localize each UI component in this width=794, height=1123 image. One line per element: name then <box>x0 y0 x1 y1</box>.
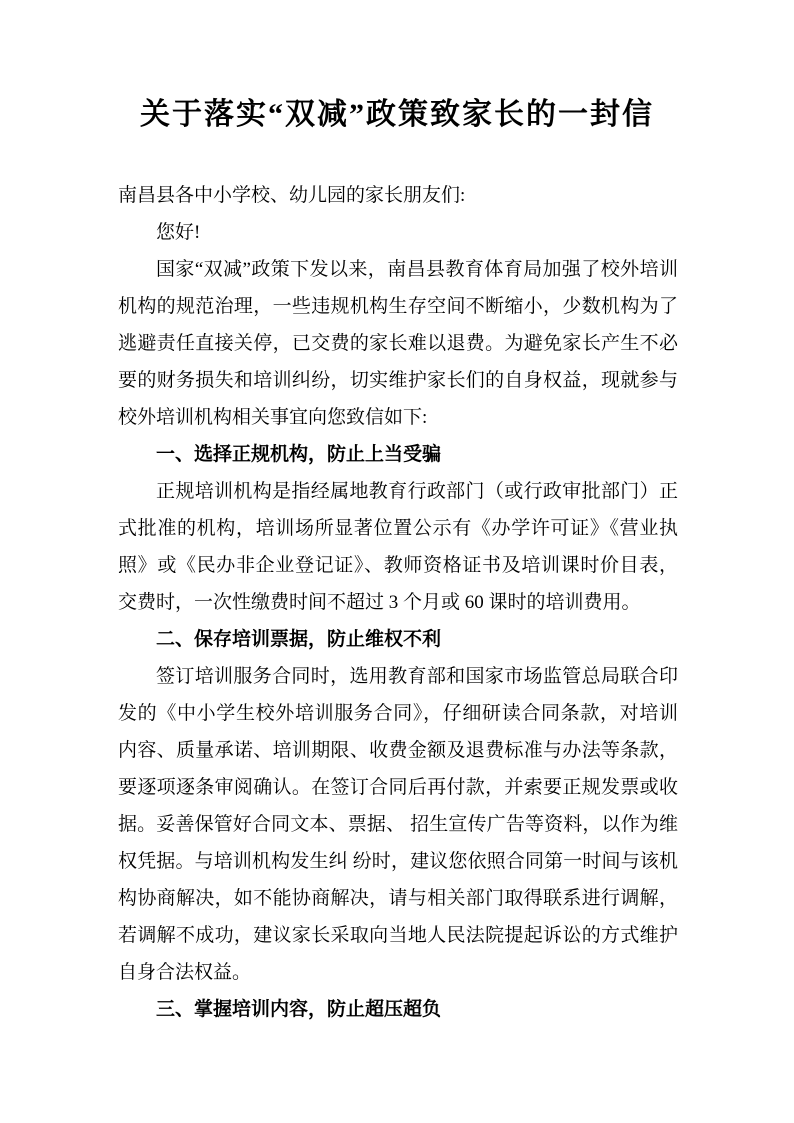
section-choose-legit-institutions: 一、选择正规机构，防止上当受骗 正规培训机构是指经属地教育行政部门（或行政审批部… <box>118 436 678 621</box>
section-know-training-content: 三、掌握培训内容，防止超压超负 <box>118 991 678 1028</box>
document-body: 南昌县各中小学校、幼儿园的家长朋友们: 您好! 国家“双减”政策下发以来，南昌县… <box>118 177 678 1028</box>
section-1-paragraph: 正规培训机构是指经属地教育行政部门（或行政审批部门）正式批准的机构，培训场所显著… <box>118 473 678 621</box>
intro-paragraph: 国家“双减”政策下发以来，南昌县教育体育局加强了校外培训机构的规范治理，一些违规… <box>118 251 678 436</box>
greeting-line: 您好! <box>118 214 678 251</box>
section-1-heading: 一、选择正规机构，防止上当受骗 <box>118 436 678 473</box>
section-3-heading: 三、掌握培训内容，防止超压超负 <box>118 991 678 1028</box>
document-title: 关于落实“双减”政策致家长的一封信 <box>0 92 794 138</box>
section-2-heading: 二、保存培训票据，防止维权不利 <box>118 621 678 658</box>
section-keep-receipts: 二、保存培训票据，防止维权不利 签订培训服务合同时，选用教育部和国家市场监管总局… <box>118 621 678 991</box>
salutation-line: 南昌县各中小学校、幼儿园的家长朋友们: <box>118 177 678 214</box>
document-page: 关于落实“双减”政策致家长的一封信 南昌县各中小学校、幼儿园的家长朋友们: 您好… <box>0 0 794 1123</box>
section-2-paragraph: 签订培训服务合同时，选用教育部和国家市场监管总局联合印发的《中小学生校外培训服务… <box>118 658 678 991</box>
